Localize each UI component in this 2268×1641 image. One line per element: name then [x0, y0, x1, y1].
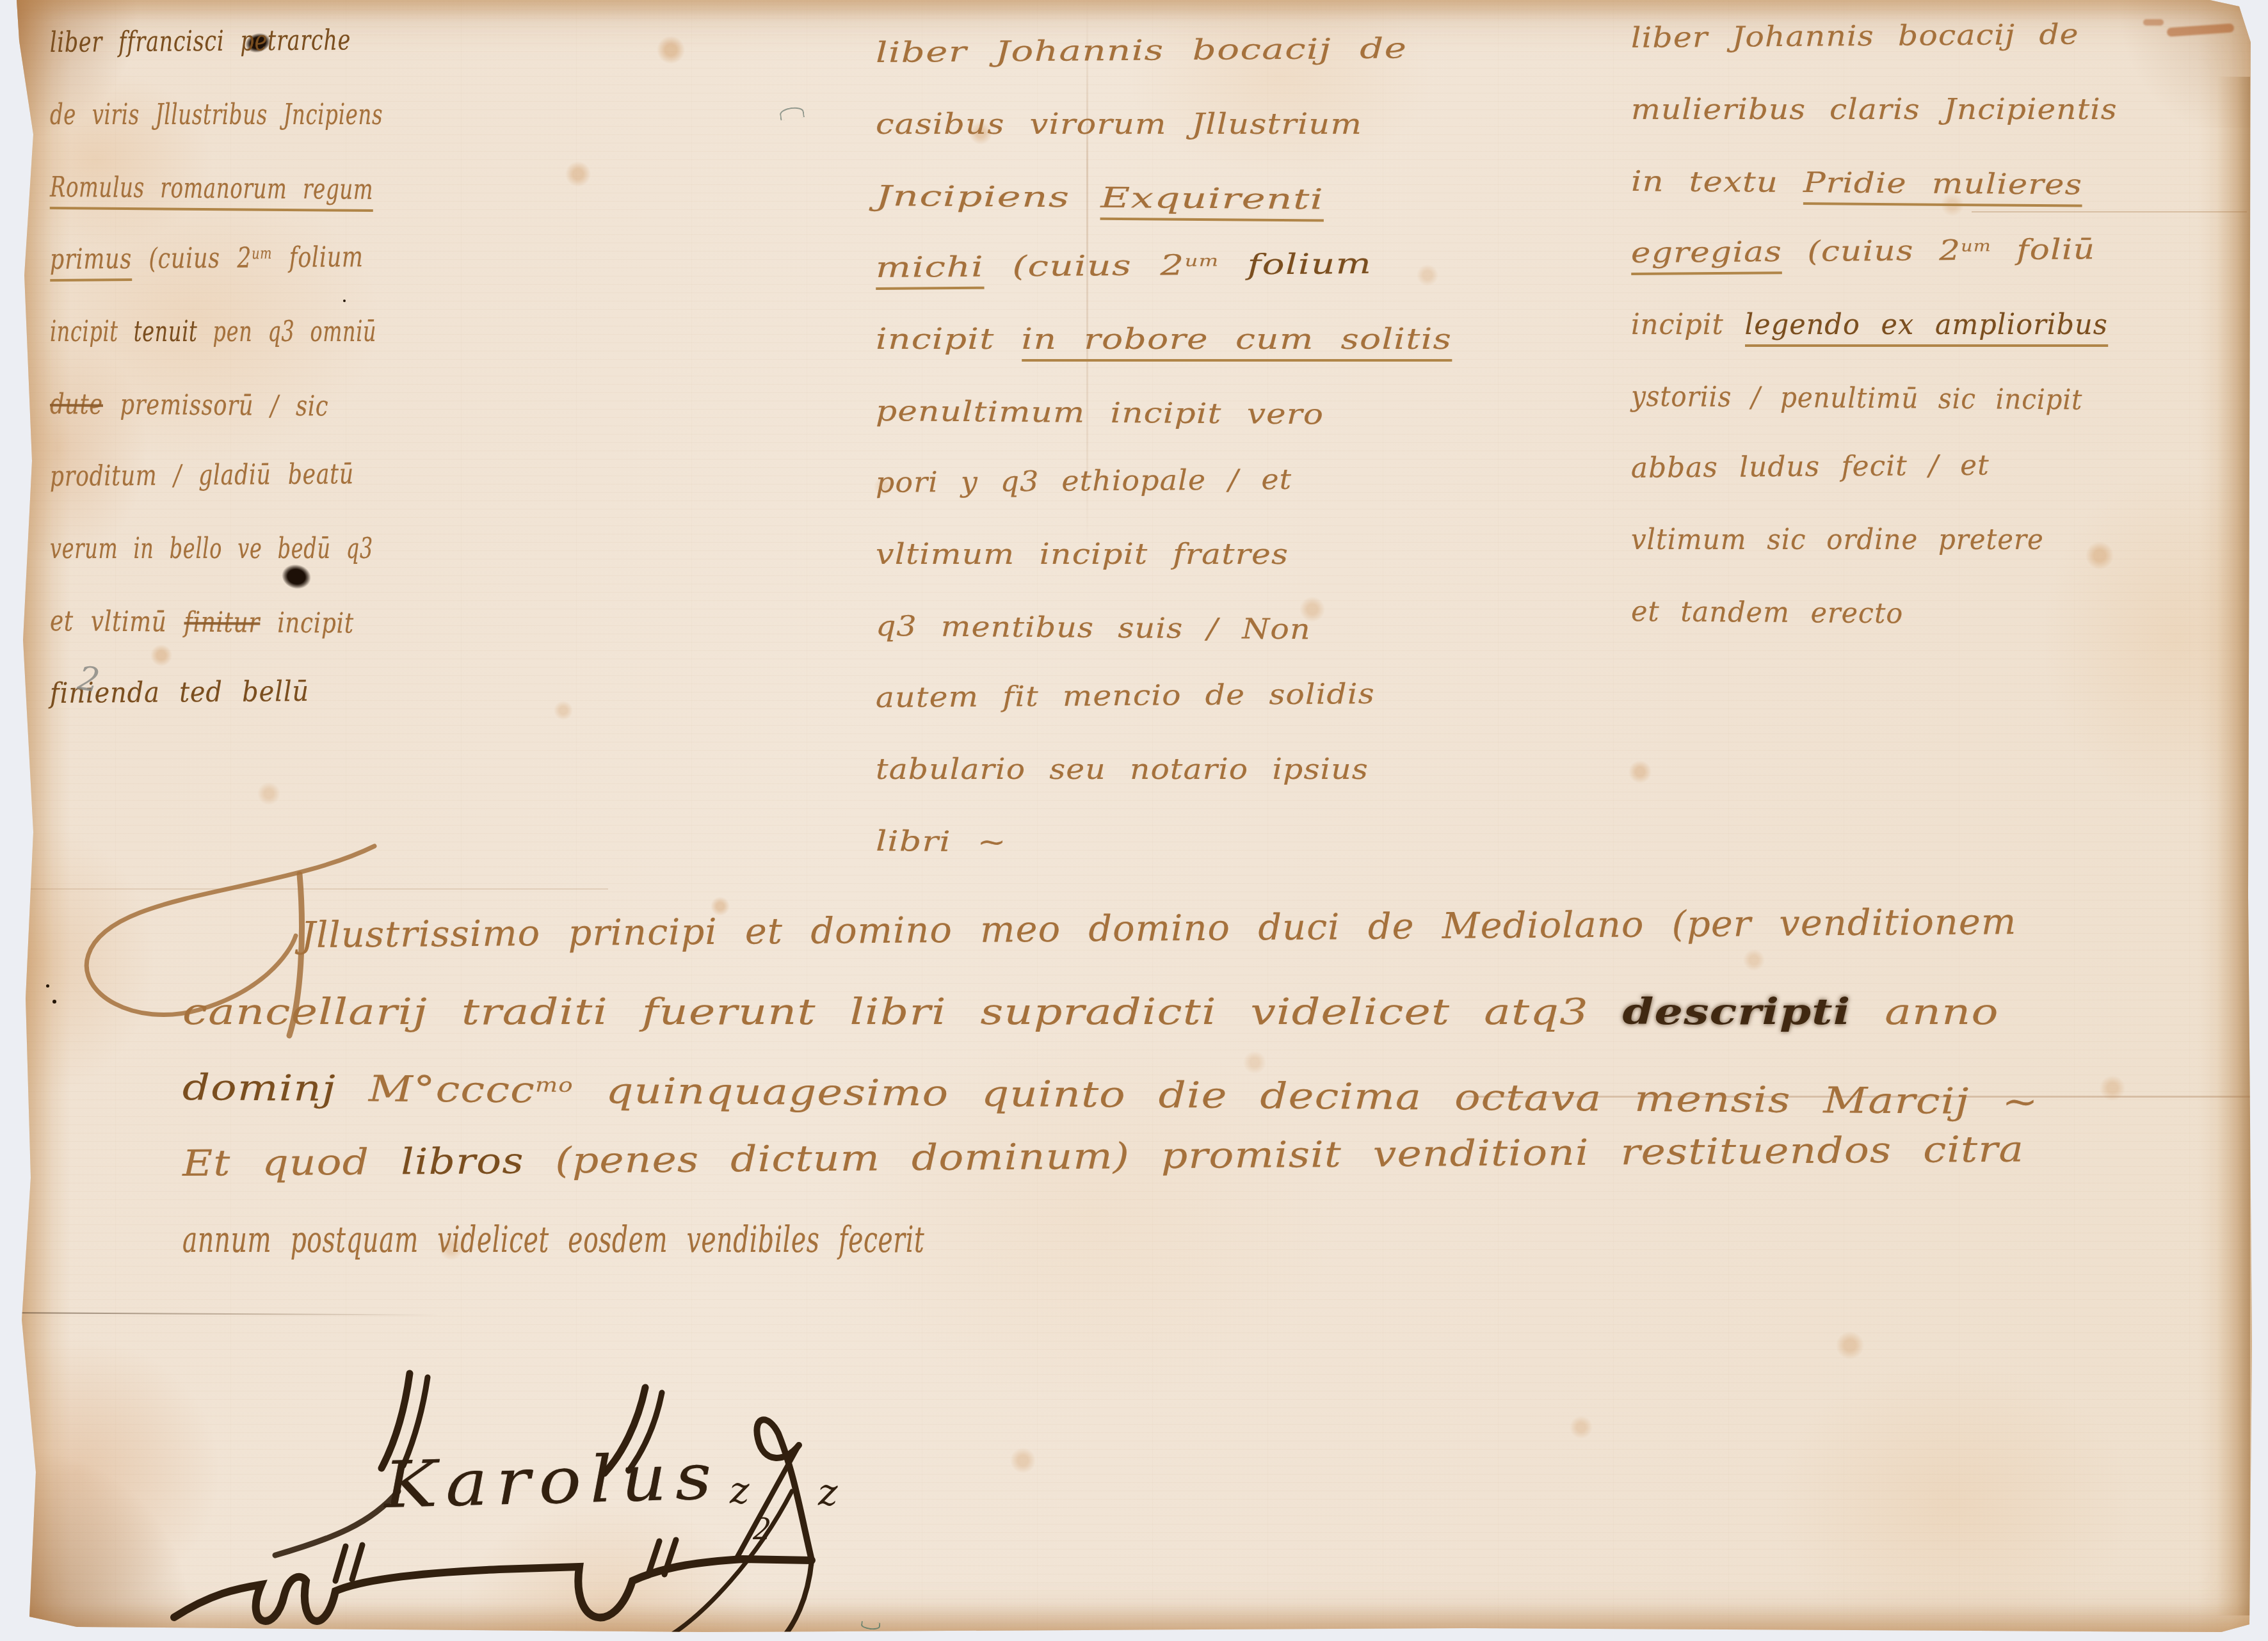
ink-speck — [343, 300, 346, 302]
manuscript-line: michi (cuius 2um folium — [876, 248, 1372, 285]
paper-edge-right-burn — [2198, 0, 2268, 1641]
manuscript-line: Romulus romanorum regum — [50, 172, 374, 207]
paraph-hash — [648, 1541, 659, 1576]
rust-stain-small — [2143, 19, 2164, 26]
manuscript-line: Jncipiens Exquirenti — [876, 180, 1324, 216]
manuscript-text-segment: finitur — [184, 606, 260, 639]
manuscript-line: dominj M°ccccmo quinquagesimo quinto die… — [182, 1068, 2039, 1123]
manuscript-line: casibus virorum Jllustrium — [876, 109, 1362, 141]
manuscript-text-segment: (cuius 2 — [1782, 234, 1961, 268]
manuscript-line: verum in bello ve bedū q3 — [50, 533, 373, 566]
manuscript-text-segment: anno — [1851, 991, 1999, 1033]
manuscript-text-segment: liber Johannis bocacij de — [1631, 19, 2079, 54]
manuscript-line: Jllustrissimo principi et domino meo dom… — [301, 902, 2017, 956]
horizontal-crease-left — [0, 888, 608, 890]
manuscript-line: penultimum incipit vero — [876, 396, 1324, 431]
paraph-tail-hook — [781, 1560, 812, 1640]
manuscript-text-segment: Jllustrissimo principi et domino meo dom… — [301, 901, 2017, 956]
signature-paraph-mark: z — [730, 1469, 750, 1512]
manuscript-text-segment: tenuit — [134, 316, 198, 348]
manuscript-text-segment: q3 mentibus suis / Non — [876, 610, 1311, 646]
paper-corner-bottom-left — [0, 1449, 192, 1641]
manuscript-text-segment: legendo ex amplioribus — [1745, 308, 2108, 347]
manuscript-text-segment: michi — [876, 251, 985, 290]
manuscript-text-segment: liber Johannis bocacij de — [876, 32, 1408, 69]
signature-k-swash — [275, 1491, 398, 1555]
manuscript-text-segment: primus — [50, 243, 132, 282]
horizontal-crease-top-right — [1972, 211, 2247, 212]
manuscript-text-segment: um — [252, 244, 272, 262]
manuscript-paper: liber ffrancisci petrarchede viris Jllus… — [0, 0, 2268, 1641]
manuscript-line: liber Johannis bocacij de — [1631, 19, 2079, 55]
manuscript-line: q3 mentibus suis / Non — [876, 611, 1311, 646]
manuscript-text-segment: folium — [1247, 248, 1372, 282]
manuscript-line: vltimum incipit fratres — [876, 539, 1289, 572]
manuscript-text-segment: et tandem erecto — [1631, 595, 1904, 630]
manuscript-line: libri ~ — [876, 826, 1007, 859]
manuscript-line: tabulario seu notario ipsius — [876, 754, 1369, 787]
manuscript-line: cancellarij traditi fuerunt libri suprad… — [182, 991, 1999, 1033]
manuscript-text-segment: de viris Jllustribus Jncipiens — [50, 99, 383, 131]
manuscript-text-segment: dominj — [182, 1067, 337, 1110]
signature-karolus: Karolus — [383, 1439, 721, 1523]
manuscript-line: in textu Pridie mulieres — [1631, 166, 2083, 202]
manuscript-line: incipit in robore cum solitis — [876, 324, 1452, 356]
manuscript-line: ystoriis / penultimū sic incipit — [1631, 381, 2083, 417]
manuscript-text-segment: ystoriis / penultimū sic incipit — [1631, 380, 2083, 417]
manuscript-text-segment — [1219, 248, 1248, 281]
paper-edge-bottom-burn — [0, 1603, 2268, 1641]
manuscript-text-segment: cancellarij traditi fuerunt libri suprad… — [182, 991, 1623, 1033]
manuscript-text-segment: vltimum sic ordine pretere — [1631, 524, 2044, 556]
ink-speck — [1177, 1631, 1180, 1634]
manuscript-text-segment: um — [1961, 237, 1991, 255]
pencil-squiggle — [779, 106, 805, 120]
paper-crack — [18, 1312, 440, 1315]
manuscript-text-segment: incipit — [260, 607, 354, 640]
manuscript-text-segment: tabulario seu notario ipsius — [876, 753, 1369, 786]
manuscript-text-segment: Jncipiens — [876, 180, 1101, 214]
manuscript-line: vltimum sic ordine pretere — [1631, 524, 2044, 557]
scanned-manuscript: liber ffrancisci petrarchede viris Jllus… — [0, 0, 2268, 1641]
manuscript-text-segment: quinquagesimo quinto die decima octava m… — [573, 1070, 2039, 1123]
manuscript-text-segment: Exquirenti — [1100, 182, 1324, 222]
manuscript-line: liber ffrancisci petrarche — [50, 24, 351, 59]
manuscript-text-segment: proditum / gladiū beatū — [50, 458, 354, 493]
manuscript-text-segment: (cuius 2 — [984, 249, 1185, 283]
manuscript-text-segment: foliū — [1991, 233, 2096, 266]
paraph-hash — [664, 1540, 676, 1574]
manuscript-text-segment: egregias — [1631, 236, 1782, 275]
rust-stain — [2167, 23, 2235, 36]
manuscript-text-segment: et vltimū — [50, 605, 184, 639]
manuscript-line: et vltimū finitur incipit — [50, 605, 354, 640]
manuscript-text-segment: M°cccc — [336, 1068, 535, 1111]
signature-paraph-mark: 2 — [753, 1512, 771, 1546]
signature-paraph-line — [174, 1559, 812, 1621]
manuscript-text-segment: (penes dictum dominum) promisit venditio… — [524, 1128, 2024, 1181]
paraph-hash — [352, 1545, 362, 1580]
manuscript-text-segment: libros — [401, 1141, 524, 1183]
manuscript-line: primus (cuius 2um folium — [50, 241, 364, 276]
paper-edge-top-burn — [0, 0, 2268, 22]
manuscript-line: pori y q3 ethiopale / et — [876, 464, 1292, 500]
manuscript-text-segment: incipit — [50, 316, 134, 348]
manuscript-line: incipit tenuit pen q3 omniū — [50, 316, 376, 349]
manuscript-line: autem fit mencio de solidis — [876, 678, 1375, 715]
signature-paraph-mark: z — [818, 1471, 838, 1514]
manuscript-text-segment: abbas ludus fecit / et — [1631, 449, 1990, 484]
manuscript-line: dute premissorū / sic — [50, 388, 329, 423]
manuscript-text-segment: mo — [535, 1073, 574, 1096]
manuscript-line: de viris Jllustribus Jncipiens — [50, 99, 383, 132]
manuscript-line: proditum / gladiū beatū — [50, 458, 354, 493]
ink-speck — [46, 984, 49, 988]
manuscript-text-segment: verum in bello ve bedū q3 — [50, 532, 373, 565]
manuscript-text-segment: penultimum incipit vero — [876, 395, 1324, 431]
manuscript-text-segment: pen q3 omniū — [197, 316, 376, 348]
manuscript-line: et tandem erecto — [1631, 596, 1904, 630]
paraph-hash — [335, 1546, 346, 1581]
manuscript-text-segment: descripti — [1623, 991, 1851, 1033]
paper-corner-top-right — [2102, 0, 2268, 128]
manuscript-text-segment: pori y q3 ethiopale / et — [876, 463, 1292, 499]
manuscript-text-segment: Et quod — [182, 1141, 401, 1185]
ink-blot — [280, 562, 314, 592]
manuscript-line: liber Johannis bocacij de — [876, 33, 1408, 69]
manuscript-text-segment: annum postquam videlicet eosdem vendibil… — [182, 1219, 924, 1261]
manuscript-text-segment: mulieribus claris Jncipientis — [1631, 93, 2118, 126]
manuscript-text-segment: in textu — [1631, 165, 1803, 199]
paper-right-fold — [2217, 77, 2250, 1615]
manuscript-text-segment: in robore cum solitis — [1022, 323, 1452, 362]
manuscript-line: egregias (cuius 2um foliū — [1631, 234, 2096, 269]
manuscript-line: mulieribus claris Jncipientis — [1631, 94, 2118, 127]
manuscript-text-segment: dute — [50, 388, 103, 421]
manuscript-line: Et quod libros (penes dictum dominum) pr… — [182, 1129, 2025, 1185]
manuscript-text-segment: incipit — [876, 323, 1022, 356]
paper-fiber — [860, 1621, 880, 1630]
manuscript-text-segment: folium — [272, 241, 364, 274]
manuscript-text-segment: liber ffrancisci petrarche — [50, 24, 351, 59]
manuscript-text-segment: (cuius 2 — [132, 242, 252, 275]
manuscript-text-segment: libri ~ — [876, 825, 1007, 859]
manuscript-text-segment: casibus virorum Jllustrium — [876, 108, 1362, 141]
manuscript-text-segment: vltimum incipit fratres — [876, 538, 1289, 571]
manuscript-line: annum postquam videlicet eosdem vendibil… — [182, 1220, 924, 1261]
manuscript-text-segment: Pridie mulieres — [1803, 166, 2083, 207]
manuscript-text-segment: um — [1185, 252, 1219, 269]
ink-speck — [52, 1000, 56, 1004]
manuscript-text-segment: Romulus romanorum regum — [50, 171, 374, 212]
manuscript-line: incipit legendo ex amplioribus — [1631, 309, 2108, 342]
manuscript-text-segment: autem fit mencio de solidis — [876, 678, 1375, 714]
manuscript-text-segment: incipit — [1631, 308, 1745, 341]
manuscript-line: abbas ludus fecit / et — [1631, 450, 1990, 485]
manuscript-text-segment: premissorū / sic — [103, 388, 329, 423]
